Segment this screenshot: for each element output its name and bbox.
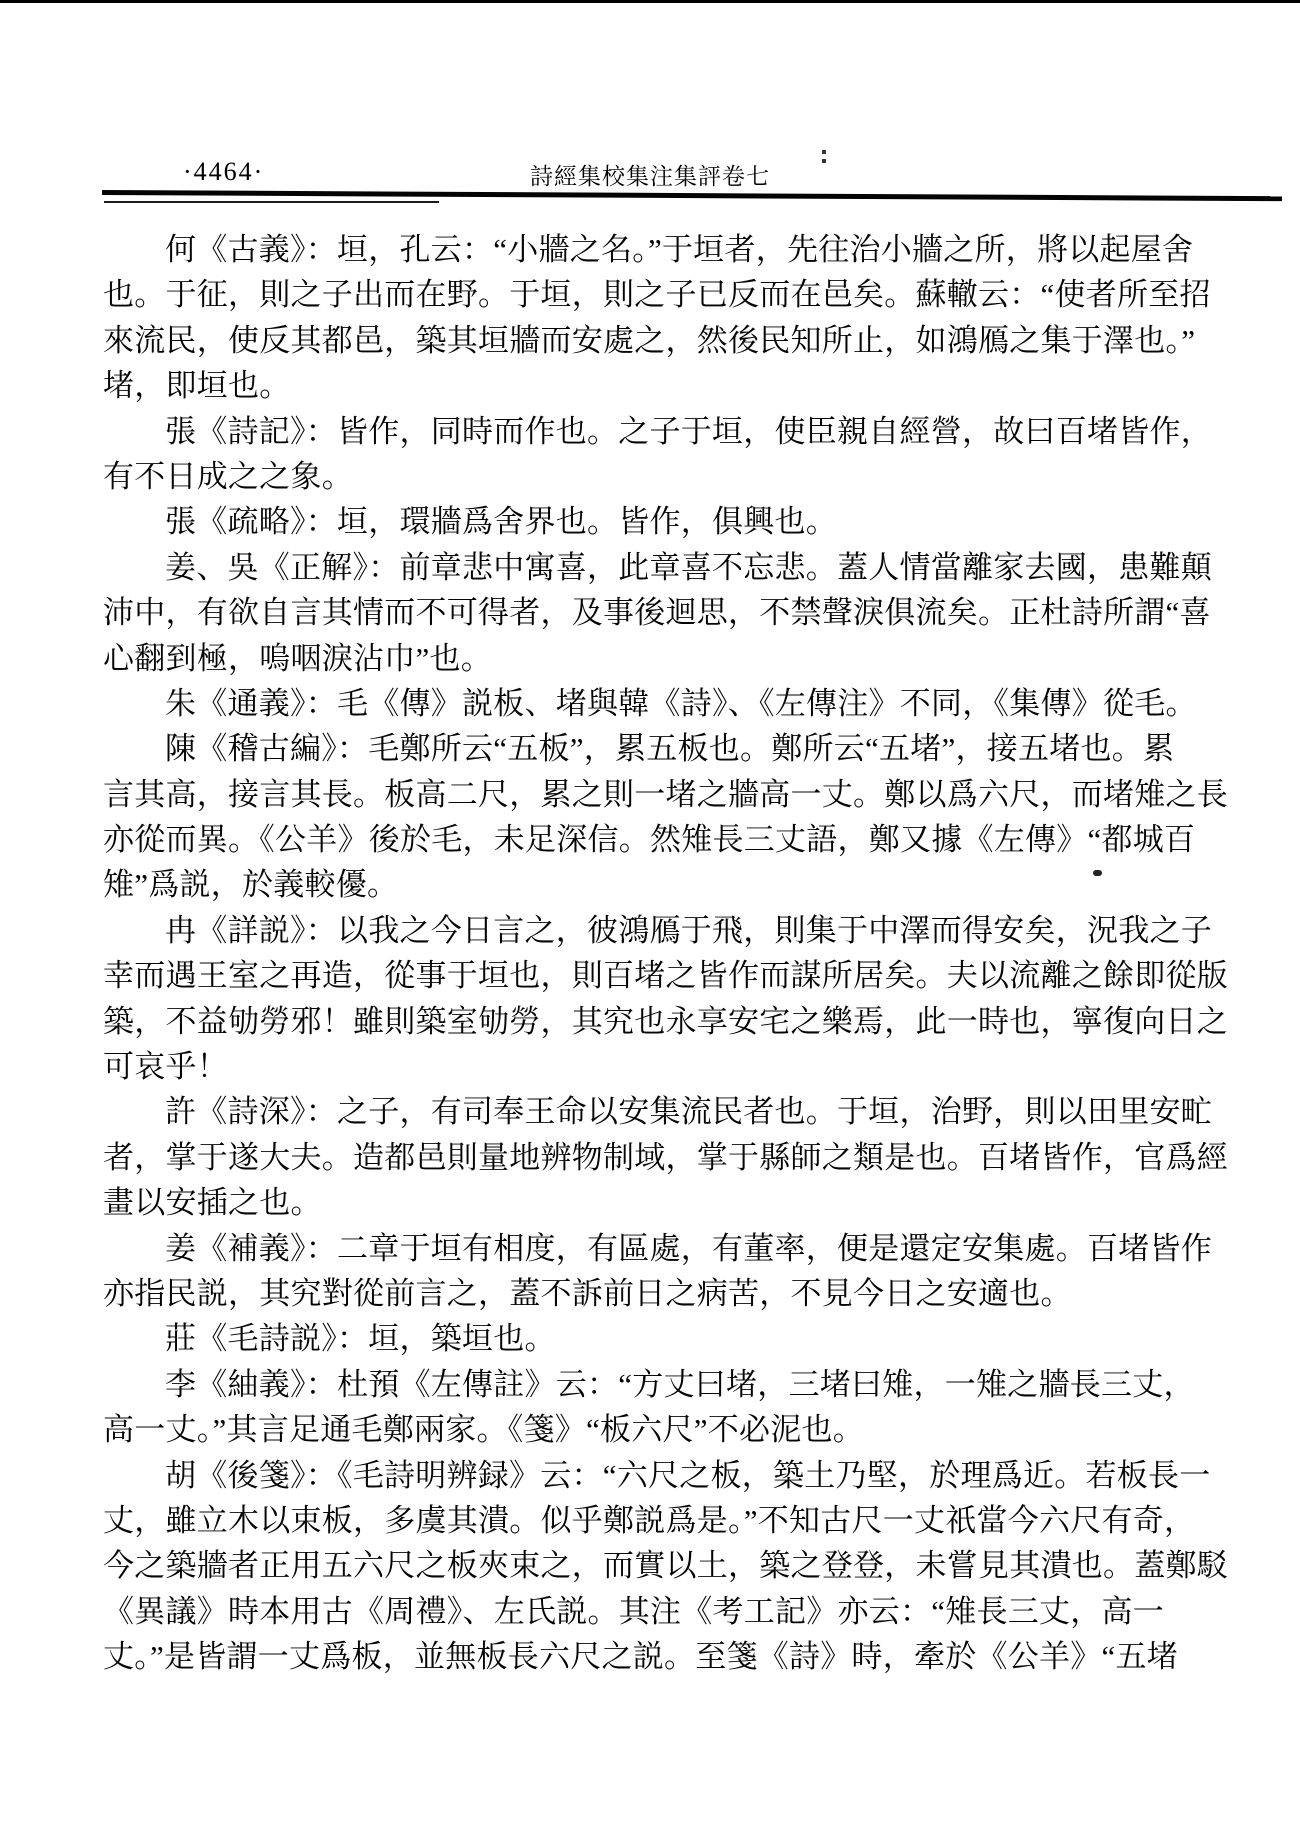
text-line: 者，掌于遂大夫。造都邑則量地辨物制域，掌于縣師之類是也。百堵皆作，官爲經 [103,1135,1207,1180]
text-line: 築，不益劬勞邪！雖則築室劬勞，其究也永享安宅之樂焉，此一時也，寧復向日之 [103,999,1207,1044]
text-line: 今之築牆者正用五六尺之板夾束之，而實以土，築之登登，未嘗見其潰也。蓋鄭駁 [103,1543,1207,1588]
text-line: 雉”爲説，於義較優。 [103,862,1207,907]
commentary-text-body: 何《古義》：垣，孔云：“小牆之名。”于垣者，先往治小牆之所，將以起屋舍也。于征，… [103,227,1207,1680]
text-line: 丈，雖立木以束板，多虞其潰。似乎鄭説爲是。”不知古尺一丈祇當今六尺有奇， [103,1498,1207,1543]
text-line: 亦從而異。《公羊》後於毛，未足深信。然雉長三丈語，鄭又據《左傳》“都城百 [103,817,1207,862]
scanned-book-page: { "page_header": { "page_number": "·4464… [0,0,1300,1827]
running-title: 詩經集校集注集評卷七 [0,158,1300,191]
scan-speck [822,150,826,154]
text-line: 莊《毛詩説》：垣，築垣也。 [103,1316,1207,1361]
text-line: 亦指民説，其究對從前言之，蓋不訴前日之病苦，不見今日之安適也。 [103,1271,1207,1316]
text-line: 張《疏略》：垣，環牆爲舍界也。皆作，俱興也。 [103,499,1207,544]
text-line: 朱《通義》：毛《傳》説板、堵與韓《詩》、《左傳注》不同，《集傳》從毛。 [103,681,1207,726]
text-line: 何《古義》：垣，孔云：“小牆之名。”于垣者，先往治小牆之所，將以起屋舍 [103,227,1207,272]
scan-top-edge-artifact [0,0,1300,3]
text-line: 沛中，有欲自言其情而不可得者，及事後迴思，不禁聲淚俱流矣。正杜詩所謂“喜 [103,590,1207,635]
text-line: 許《詩深》：之子，有司奉王命以安集流民者也。于垣，治野，則以田里安甿 [103,1089,1207,1134]
text-line: 有不日成之之象。 [103,454,1207,499]
text-line: 姜《補義》：二章于垣有相度，有區處，有董率，便是還定安集處。百堵皆作 [103,1226,1207,1271]
text-line: 畫以安插之也。 [103,1180,1207,1225]
text-line: 心翻到極，嗚咽淚沾巾”也。 [103,636,1207,681]
text-line: 姜、吳《正解》：前章悲中寓喜，此章喜不忘悲。蓋人情當離家去國，患難顛 [103,545,1207,590]
text-line: 幸而遇王室之再造，從事于垣也，則百堵之皆作而謀所居矣。夫以流離之餘即從版 [103,953,1207,998]
text-line: 冉《詳説》：以我之今日言之，彼鴻鴈于飛，則集于中澤而得安矣，況我之子 [103,908,1207,953]
text-line: 高一丈。”其言足通毛鄭兩家。《箋》“板六尺”不必泥也。 [103,1407,1207,1452]
scan-speck [1093,870,1102,876]
text-line: 可哀乎！ [103,1044,1207,1089]
text-line: 也。于征，則之子出而在野。于垣，則之子已反而在邑矣。蘇轍云：“使者所至招 [103,272,1207,317]
header-divider-rule [102,190,1282,201]
text-line: 李《紬義》：杜預《左傳註》云：“方丈曰堵，三堵曰雉，一雉之牆長三丈， [103,1362,1207,1407]
text-line: 言其高，接言其長。板高二尺，累之則一堵之牆高一丈。鄭以爲六尺，而堵雉之長 [103,772,1207,817]
text-line: 《異議》時本用古《周禮》、左氏説。其注《考工記》亦云：“雉長三丈，高一 [103,1589,1207,1634]
text-line: 胡《後箋》：《毛詩明辨録》云：“六尺之板，築土乃堅，於理爲近。若板長一 [103,1453,1207,1498]
text-line: 丈。”是皆謂一丈爲板，並無板長六尺之説。至箋《詩》時，牽於《公羊》“五堵 [103,1634,1207,1679]
text-line: 陳《稽古編》：毛鄭所云“五板”，累五板也。鄭所云“五堵”，接五堵也。累 [103,726,1207,771]
text-line: 堵，即垣也。 [103,363,1207,408]
header-divider-rule-thin [104,201,439,203]
text-line: 來流民，使反其都邑，築其垣牆而安處之，然後民知所止，如鴻鴈之集于澤也。” [103,318,1207,363]
text-line: 張《詩記》：皆作，同時而作也。之子于垣，使臣親自經營，故曰百堵皆作， [103,409,1207,454]
